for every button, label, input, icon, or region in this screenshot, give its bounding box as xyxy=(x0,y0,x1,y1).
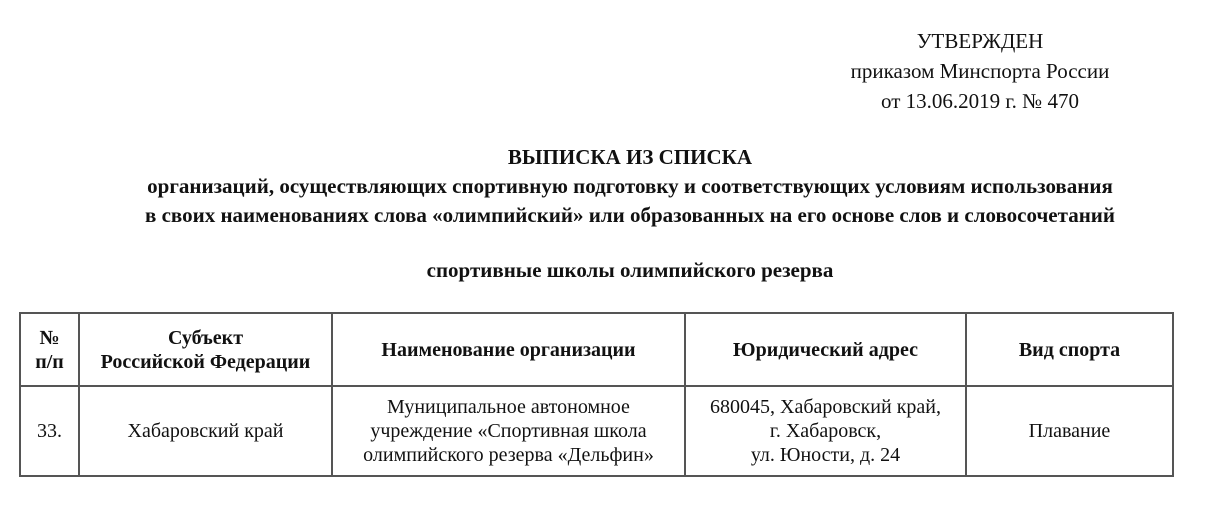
approval-line-approved: УТВЕРЖДЕН xyxy=(820,26,1140,56)
title-heading: ВЫПИСКА ИЗ СПИСКА xyxy=(60,143,1200,172)
approval-stamp: УТВЕРЖДЕН приказом Минспорта России от 1… xyxy=(820,26,1140,116)
title-description-line-1: организаций, осуществляющих спортивную п… xyxy=(60,172,1200,201)
cell-address: 680045, Хабаровский край, г. Хабаровск, … xyxy=(685,386,966,476)
header-number: № п/п xyxy=(20,313,79,386)
title-description-line-2: в своих наименованиях слова «олимпийский… xyxy=(60,201,1200,230)
approval-line-order: приказом Минспорта России xyxy=(820,56,1140,86)
table-header-row: № п/п Субъект Российской Федерации Наиме… xyxy=(20,313,1173,386)
cell-subject: Хабаровский край xyxy=(79,386,332,476)
approval-line-date: от 13.06.2019 г. № 470 xyxy=(820,86,1140,116)
header-address: Юридический адрес xyxy=(685,313,966,386)
section-subtitle: спортивные школы олимпийского резерва xyxy=(60,256,1200,285)
cell-sport: Плавание xyxy=(966,386,1173,476)
header-organization: Наименование организации xyxy=(332,313,685,386)
cell-organization: Муниципальное автономное учреждение «Спо… xyxy=(332,386,685,476)
header-subject: Субъект Российской Федерации xyxy=(79,313,332,386)
header-sport: Вид спорта xyxy=(966,313,1173,386)
cell-number: 33. xyxy=(20,386,79,476)
organizations-table: № п/п Субъект Российской Федерации Наиме… xyxy=(19,312,1174,477)
table-row: 33. Хабаровский край Муниципальное автон… xyxy=(20,386,1173,476)
document-title: ВЫПИСКА ИЗ СПИСКА организаций, осуществл… xyxy=(60,143,1200,230)
